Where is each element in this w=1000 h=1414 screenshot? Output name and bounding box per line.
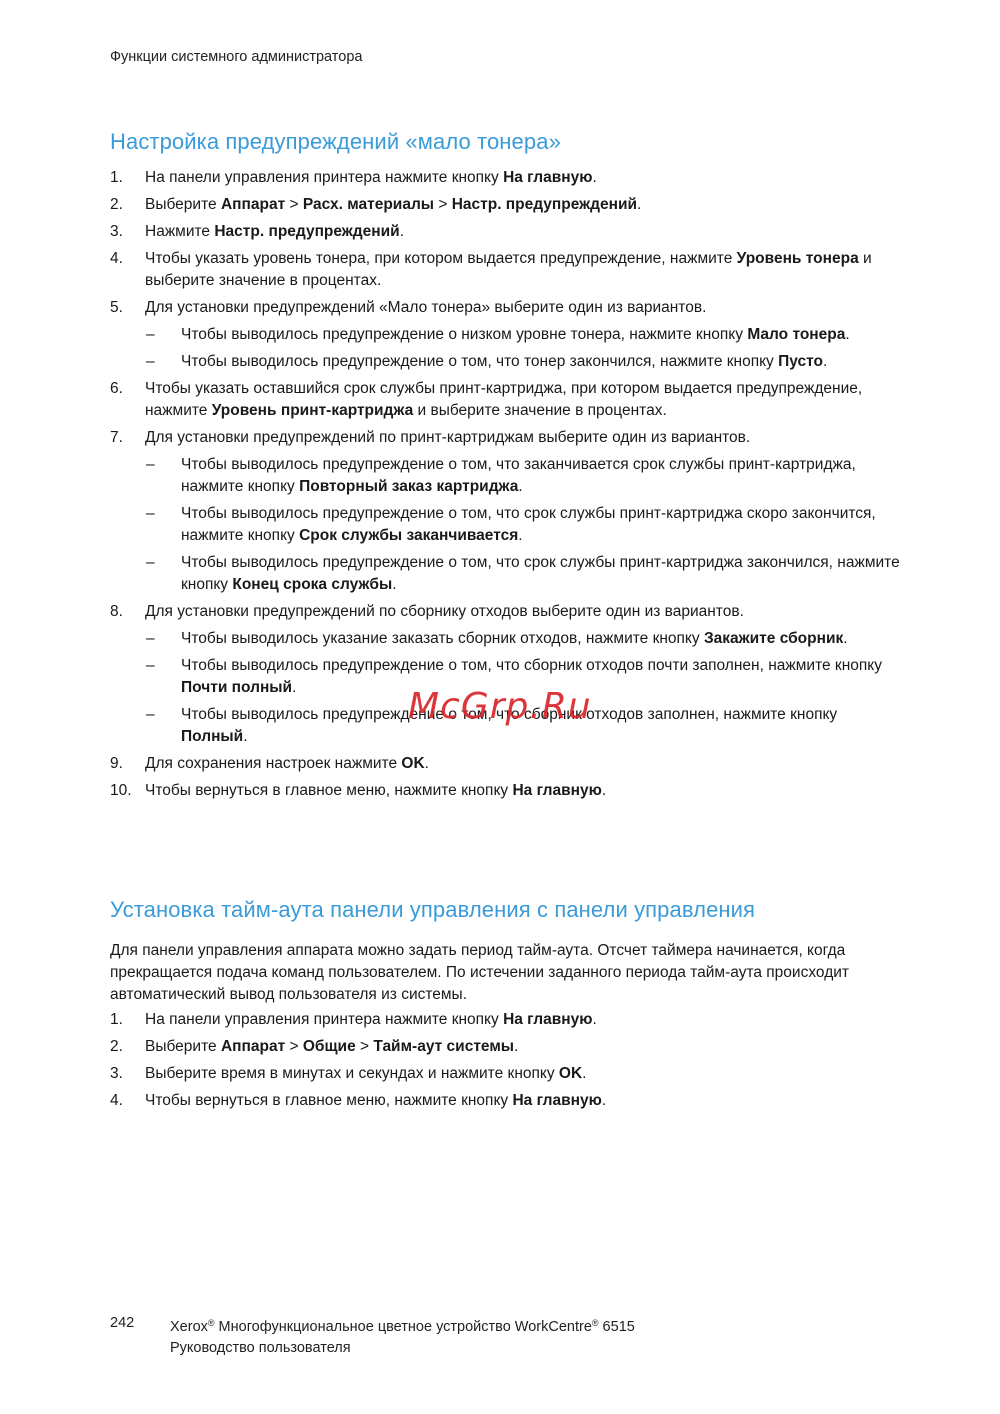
ui-control-name: Повторный заказ картриджа (299, 478, 518, 495)
registered-mark: ® (592, 1318, 599, 1328)
step-item: 3.Выберите время в минутах и секундах и … (110, 1063, 900, 1085)
page-number: 242 (110, 1313, 134, 1334)
ui-control-name: Настр. предупреждений (452, 196, 637, 213)
footer-product: Xerox® Многофункциональное цветное устро… (170, 1313, 635, 1359)
watermark: McGrp.Ru (408, 686, 592, 727)
step-item: 4.Чтобы указать уровень тонера, при кото… (110, 248, 900, 292)
steps-timeout: 1.На панели управления принтера нажмите … (110, 1009, 900, 1117)
ui-control-name: Полный (181, 728, 243, 745)
step-number: 10. (110, 780, 132, 802)
step-number: 1. (110, 167, 123, 189)
ui-control-name: Закажите сборник (704, 630, 843, 647)
sub-option: –Чтобы выводилось предупреждение о низко… (145, 324, 900, 346)
step-item: 5.Для установки предупреждений «Мало тон… (110, 297, 900, 373)
running-head: Функции системного администратора (110, 49, 362, 65)
dash-bullet: – (146, 324, 155, 346)
step-number: 4. (110, 248, 123, 270)
sub-option: –Чтобы выводилось предупреждение о том, … (145, 552, 900, 596)
sub-option: –Чтобы выводилось предупреждение о том, … (145, 351, 900, 373)
sub-options: –Чтобы выводилось предупреждение о том, … (145, 454, 900, 596)
sub-option: –Чтобы выводилось указание заказать сбор… (145, 628, 900, 650)
step-item: 4.Чтобы вернуться в главное меню, нажмит… (110, 1090, 900, 1112)
ui-control-name: Мало тонера (747, 326, 845, 343)
step-number: 3. (110, 221, 123, 243)
ui-control-name: Аппарат (221, 196, 285, 213)
ui-control-name: На главную (503, 169, 592, 186)
step-number: 2. (110, 1036, 123, 1058)
footer-brand: Xerox (170, 1319, 208, 1335)
step-item: 9.Для сохранения настроек нажмите OK. (110, 753, 900, 775)
ui-control-name: Аппарат (221, 1038, 285, 1055)
ui-control-name: Тайм-аут системы (373, 1038, 514, 1055)
dash-bullet: – (146, 655, 155, 677)
footer-subtitle: Руководство пользователя (170, 1340, 351, 1356)
step-number: 2. (110, 194, 123, 216)
ui-control-name: На главную (512, 782, 601, 799)
ui-control-name: Настр. предупреждений (214, 223, 399, 240)
step-number: 3. (110, 1063, 123, 1085)
ui-control-name: Срок службы заканчивается (299, 527, 518, 544)
ui-control-name: На главную (512, 1092, 601, 1109)
ui-control-name: Пусто (778, 353, 823, 370)
step-number: 6. (110, 378, 123, 400)
ui-control-name: Конец срока службы (232, 576, 392, 593)
section-title-low-toner: Настройка предупреждений «мало тонера» (110, 129, 561, 155)
step-item: 6.Чтобы указать оставшийся срок службы п… (110, 378, 900, 422)
step-item: 10.Чтобы вернуться в главное меню, нажми… (110, 780, 900, 802)
step-number: 9. (110, 753, 123, 775)
step-item: 3.Нажмите Настр. предупреждений. (110, 221, 900, 243)
step-number: 7. (110, 427, 123, 449)
footer-model: 6515 (599, 1319, 635, 1335)
sub-options: –Чтобы выводилось предупреждение о низко… (145, 324, 900, 373)
step-number: 1. (110, 1009, 123, 1031)
ui-control-name: Почти полный (181, 679, 292, 696)
registered-mark: ® (208, 1318, 215, 1328)
step-item: 1.На панели управления принтера нажмите … (110, 167, 900, 189)
ui-control-name: Расх. материалы (303, 196, 434, 213)
step-item: 7.Для установки предупреждений по принт-… (110, 427, 900, 596)
dash-bullet: – (146, 552, 155, 574)
ui-control-name: Общие (303, 1038, 356, 1055)
sub-option: –Чтобы выводилось предупреждение о том, … (145, 503, 900, 547)
dash-bullet: – (146, 628, 155, 650)
sub-option: –Чтобы выводилось предупреждение о том, … (145, 454, 900, 498)
ui-control-name: Уровень принт-картриджа (212, 402, 413, 419)
dash-bullet: – (146, 351, 155, 373)
step-number: 5. (110, 297, 123, 319)
step-item: 2.Выберите Аппарат > Расх. материалы > Н… (110, 194, 900, 216)
dash-bullet: – (146, 704, 155, 726)
step-number: 8. (110, 601, 123, 623)
dash-bullet: – (146, 454, 155, 476)
step-item: 1.На панели управления принтера нажмите … (110, 1009, 900, 1031)
section-title-timeout: Установка тайм-аута панели управления с … (110, 897, 755, 923)
intro-paragraph: Для панели управления аппарата можно зад… (110, 940, 900, 1006)
ui-control-name: OK (559, 1065, 582, 1082)
step-item: 2.Выберите Аппарат > Общие > Тайм-аут си… (110, 1036, 900, 1058)
ui-control-name: Уровень тонера (737, 250, 859, 267)
dash-bullet: – (146, 503, 155, 525)
footer-product-name: Многофункциональное цветное устройство W… (215, 1319, 592, 1335)
ui-control-name: На главную (503, 1011, 592, 1028)
ui-control-name: OK (401, 755, 424, 772)
step-number: 4. (110, 1090, 123, 1112)
